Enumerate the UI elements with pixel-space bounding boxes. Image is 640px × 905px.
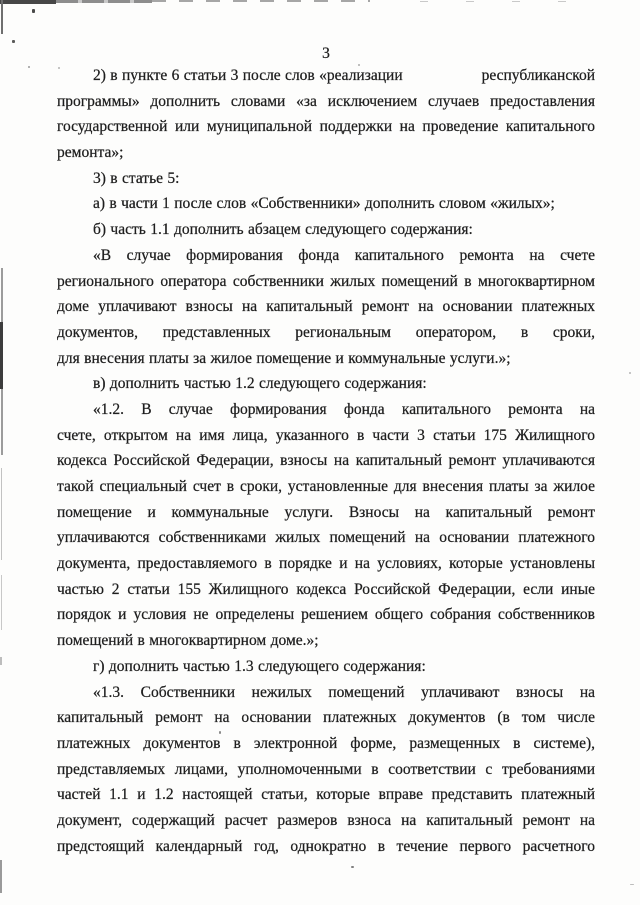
- paragraph: «1.2. В случае формирования фонда капита…: [57, 397, 595, 654]
- paragraph: в) дополнить частью 1.2 следующего содер…: [57, 371, 595, 397]
- text-line: помещение и коммунальные услуги. Взносы …: [57, 500, 595, 526]
- text-line: документов, представленных региональным …: [57, 320, 595, 346]
- scan-artifact-top-edge-dark: [0, 0, 56, 4]
- scan-artifact-left-edge-line: [1, 468, 2, 560]
- paragraph: «В случае формирования фонда капитальног…: [57, 243, 595, 371]
- text-line: программы» дополнить словами «за исключе…: [57, 89, 595, 115]
- text-line: платежных документов в электронной форме…: [57, 731, 595, 757]
- paragraph: 2) в пункте 6 статьи 3 после слов «реали…: [57, 63, 595, 166]
- text-line: в) дополнить частью 1.2 следующего содер…: [57, 371, 595, 397]
- scan-artifact-left-edge-line: [1, 268, 3, 322]
- text-line: для внесения платы за жилое помещение и …: [57, 346, 595, 372]
- text-line: помещений в многоквартирном доме.»;: [57, 628, 595, 654]
- scanned-document-page: 3 2) в пункте 6 статьи 3 после слов «реа…: [0, 0, 640, 905]
- text-line: доме уплачивают взносы на капитальный ре…: [57, 294, 595, 320]
- text-line: документ, содержащий расчет размеров взн…: [57, 808, 595, 834]
- scan-artifact-left-edge-tick: [0, 657, 2, 665]
- scan-artifact-top-edge-faint-dashes: [420, 1, 570, 2]
- text-line: регионального оператора собственники жил…: [57, 269, 595, 295]
- text-line: г) дополнить частью 1.3 следующего содер…: [57, 654, 595, 680]
- text-line: «В случае формирования фонда капитальног…: [57, 243, 595, 269]
- scan-artifact-left-edge-line: [0, 860, 2, 893]
- text-segment: 2) в пункте 6 статьи 3 после слов «реали…: [93, 63, 403, 89]
- text-line: б) часть 1.1 дополнить абзацем следующег…: [57, 217, 595, 243]
- text-line: 3) в статье 5:: [57, 166, 595, 192]
- paragraph: 3) в статье 5:: [57, 166, 595, 192]
- scan-speckle: [28, 66, 30, 68]
- text-line: а) в части 1 после слов «Собственники» д…: [57, 191, 595, 217]
- text-line: представляемых лицами, уполномоченными в…: [57, 757, 595, 783]
- text-line: «1.2. В случае формирования фонда капита…: [57, 397, 595, 423]
- text-line: ремонта»;: [57, 140, 595, 166]
- scan-artifact-left-edge-line: [1, 575, 2, 630]
- text-line: «1.3. Собственники нежилых помещений упл…: [57, 680, 595, 706]
- text-line: предстоящий календарный год, однократно …: [57, 834, 595, 860]
- text-line: документа, предоставляемого в порядке и …: [57, 551, 595, 577]
- scan-artifact-top-edge-gray: [56, 0, 152, 3]
- text-segment: республиканской: [482, 63, 595, 89]
- paragraph: г) дополнить частью 1.3 следующего содер…: [57, 654, 595, 680]
- text-line: государственной или муниципальной поддер…: [57, 114, 595, 140]
- scan-artifact-left-edge-line: [1, 389, 3, 455]
- scan-speckle: [629, 372, 631, 374]
- text-line: частью 2 статьи 155 Жилищного кодекса Ро…: [57, 577, 595, 603]
- text-line: порядок и условия не определены решением…: [57, 602, 595, 628]
- scan-artifact-left-edge-line: [0, 322, 3, 389]
- text-line: такой специальный счет в сроки, установл…: [57, 474, 595, 500]
- document-body: 2) в пункте 6 статьи 3 после слов «реали…: [57, 63, 595, 859]
- scan-speckle: [32, 9, 35, 13]
- paragraph: б) часть 1.1 дополнить абзацем следующег…: [57, 217, 595, 243]
- text-line: частей 1.1 и 1.2 настоящей статьи, котор…: [57, 782, 595, 808]
- scan-speckle: [630, 884, 634, 885]
- text-line: капитальный ремонт на основании платежны…: [57, 705, 595, 731]
- text-line: кодекса Российской Федерации, взносы на …: [57, 448, 595, 474]
- scan-artifact-left-edge-line: [1, 0, 3, 34]
- paragraph: «1.3. Собственники нежилых помещений упл…: [57, 680, 595, 860]
- text-line: 2) в пункте 6 статьи 3 после слов «реали…: [57, 63, 595, 89]
- scan-speckle: [351, 866, 354, 868]
- scan-artifact-top-edge-dashes: [152, 0, 370, 2]
- scan-speckle: [12, 40, 15, 43]
- text-line: уплачиваются собственниками жилых помеще…: [57, 525, 595, 551]
- paragraph: а) в части 1 после слов «Собственники» д…: [57, 191, 595, 217]
- text-line: счете, открытом на имя лица, указанного …: [57, 423, 595, 449]
